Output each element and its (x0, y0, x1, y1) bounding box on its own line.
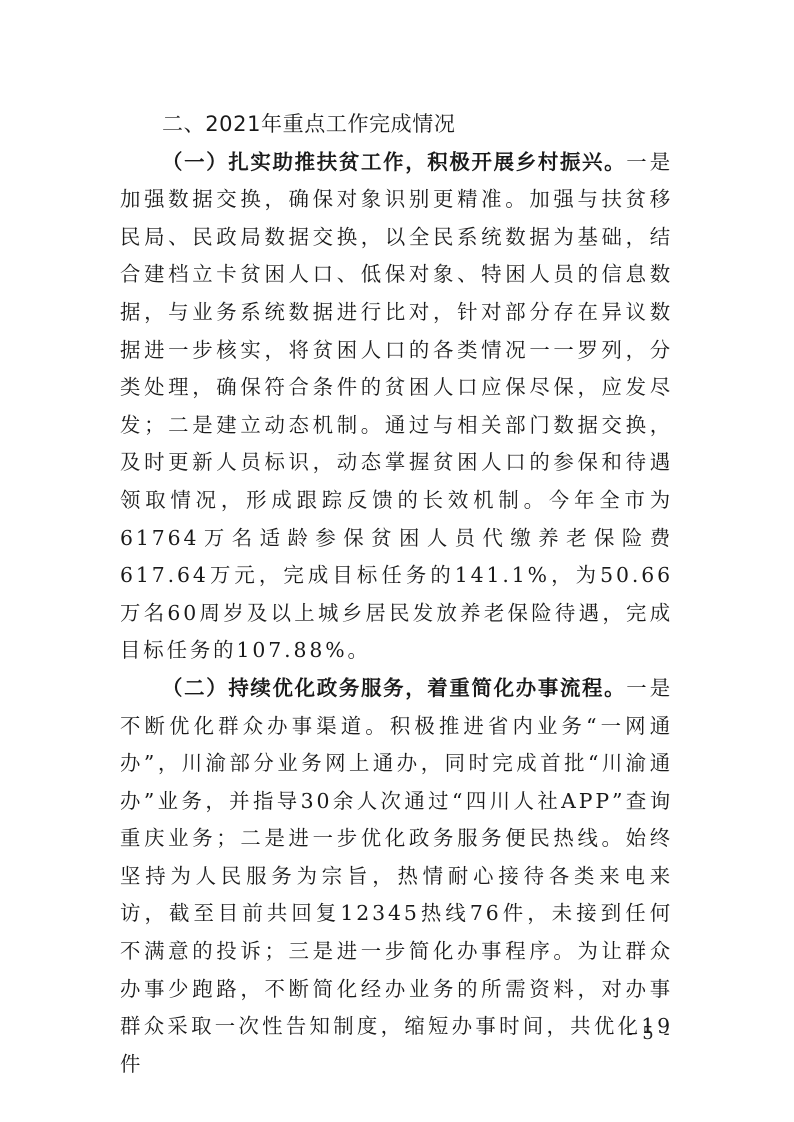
paragraph-body-text: 一是加强数据交换，确保对象识别更精准。加强与扶贫移民局、民政局数据交换，以全民系… (120, 150, 673, 663)
paragraph-lead-title: （一）扎实助推扶贫工作，积极开展乡村振兴。 (162, 150, 626, 174)
page-content: 二、2021年重点工作完成情况 （一）扎实助推扶贫工作，积极开展乡村振兴。一是加… (120, 106, 673, 1083)
section-heading: 二、2021年重点工作完成情况 (120, 106, 673, 144)
paragraph-poverty-alleviation: （一）扎实助推扶贫工作，积极开展乡村振兴。一是加强数据交换，确保对象识别更精准。… (120, 144, 673, 670)
paragraph-lead-title: （二）持续优化政务服务，着重简化办事流程。 (162, 676, 626, 700)
page-number: - 5 - (617, 1022, 681, 1046)
paragraph-government-services: （二）持续优化政务服务，着重简化办事流程。一是不断优化群众办事渠道。积极推进省内… (120, 670, 673, 1084)
document-page: 二、2021年重点工作完成情况 （一）扎实助推扶贫工作，积极开展乡村振兴。一是加… (0, 0, 794, 1122)
paragraph-body-text: 一是不断优化群众办事渠道。积极推进省内业务“一网通办”，川渝部分业务网上通办，同… (120, 676, 673, 1076)
